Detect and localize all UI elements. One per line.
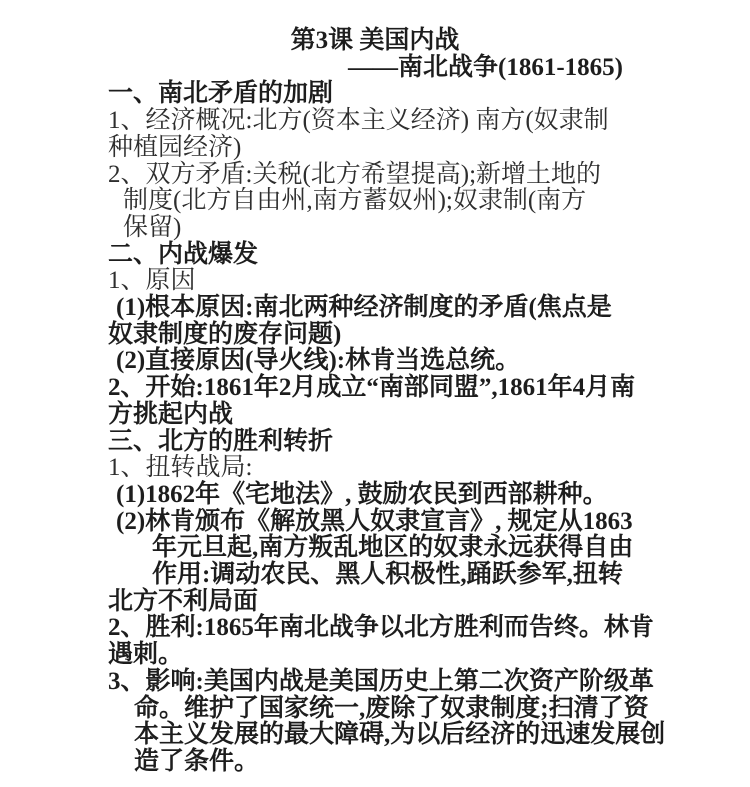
- text-line: 造了条件。: [108, 749, 662, 776]
- text-line: 遇刺。: [108, 642, 662, 669]
- text-line: 1、原因: [108, 268, 662, 295]
- text-line: 方挑起内战: [108, 402, 662, 429]
- text-line: 制度(北方自由州,南方蓄奴州);奴隶制(南方: [108, 188, 662, 215]
- text-line: 北方不利局面: [108, 589, 662, 616]
- text-line: (1)1862年《宅地法》, 鼓励农民到西部耕种。: [108, 482, 662, 509]
- text-line: 1、经济概况:北方(资本主义经济) 南方(奴隶制: [108, 108, 662, 135]
- doc-subtitle: ——南北战争(1861-1865): [108, 55, 662, 82]
- section-heading-3: 三、北方的胜利转折: [108, 429, 662, 456]
- text-line: 2、开始:1861年2月成立“南部同盟”,1861年4月南: [108, 375, 662, 402]
- document-page: 第3课 美国内战——南北战争(1861-1865)一、南北矛盾的加剧1、经济概况…: [0, 0, 750, 787]
- text-line: 2、双方矛盾:关税(北方希望提高);新增土地的: [108, 162, 662, 189]
- text-line: 2、胜利:1865年南北战争以北方胜利而告终。林肯: [108, 615, 662, 642]
- text-line: (2)直接原因(导火线):林肯当选总统。: [108, 348, 662, 375]
- text-line: 1、扭转战局:: [108, 455, 662, 482]
- doc-title: 第3课 美国内战: [0, 28, 750, 55]
- text-line: (1)根本原因:南北两种经济制度的矛盾(焦点是: [108, 295, 662, 322]
- section-heading-2: 二、内战爆发: [108, 242, 662, 269]
- text-line: 3、影响:美国内战是美国历史上第二次资产阶级革: [108, 669, 662, 696]
- text-line: 作用:调动农民、黑人积极性,踊跃参军,扭转: [108, 562, 662, 589]
- text-line: 本主义发展的最大障碍,为以后经济的迅速发展创: [108, 722, 662, 749]
- text-line: 年元旦起,南方叛乱地区的奴隶永远获得自由: [108, 535, 662, 562]
- text-line: 保留): [108, 215, 662, 242]
- section-heading-1: 一、南北矛盾的加剧: [108, 81, 662, 108]
- text-line: 奴隶制度的废存问题): [108, 322, 662, 349]
- text-line: 命。维护了国家统一,废除了奴隶制度;扫清了资: [108, 696, 662, 723]
- text-line: (2)林肯颁布《解放黑人奴隶宣言》, 规定从1863: [108, 509, 662, 536]
- document-body: 第3课 美国内战——南北战争(1861-1865)一、南北矛盾的加剧1、经济概况…: [0, 0, 750, 776]
- text-line: 种植园经济): [108, 135, 662, 162]
